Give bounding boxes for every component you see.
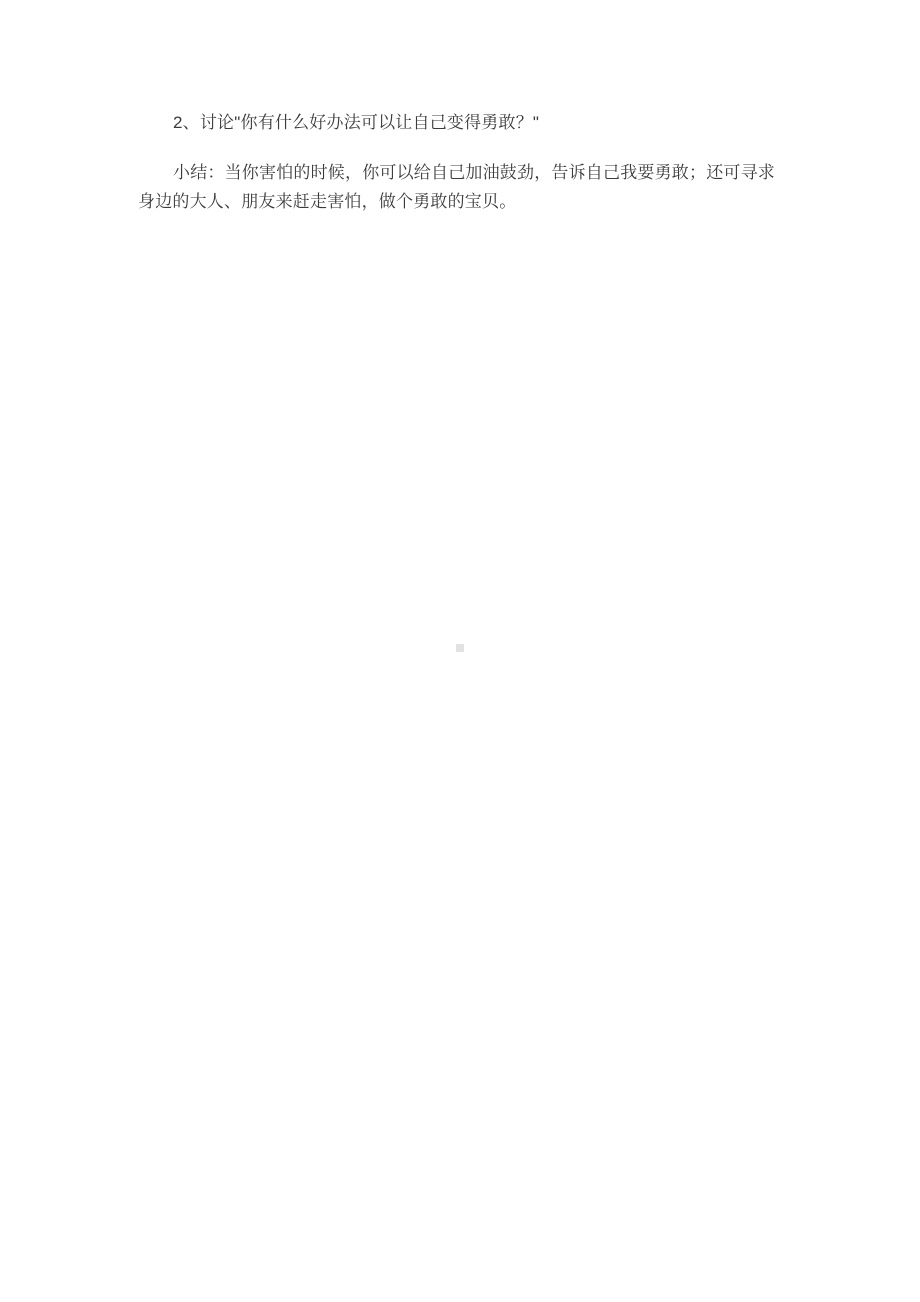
summary-line-2: 身边的大人、朋友来赶走害怕，做个勇敢的宝贝。 [138, 187, 790, 216]
document-page: 2、讨论"你有什么好办法可以让自己变得勇敢？" 小结：当你害怕的时候，你可以给自… [0, 0, 920, 1302]
paragraph-summary: 小结：当你害怕的时候，你可以给自己加油鼓劲，告诉自己我要勇敢；还可寻求 身边的大… [138, 158, 790, 216]
image-placeholder [456, 644, 464, 652]
paragraph-discussion: 2、讨论"你有什么好办法可以让自己变得勇敢？" [138, 108, 790, 137]
discussion-line: 2、讨论"你有什么好办法可以让自己变得勇敢？" [138, 108, 790, 137]
summary-line-1: 小结：当你害怕的时候，你可以给自己加油鼓劲，告诉自己我要勇敢；还可寻求 [138, 158, 790, 187]
